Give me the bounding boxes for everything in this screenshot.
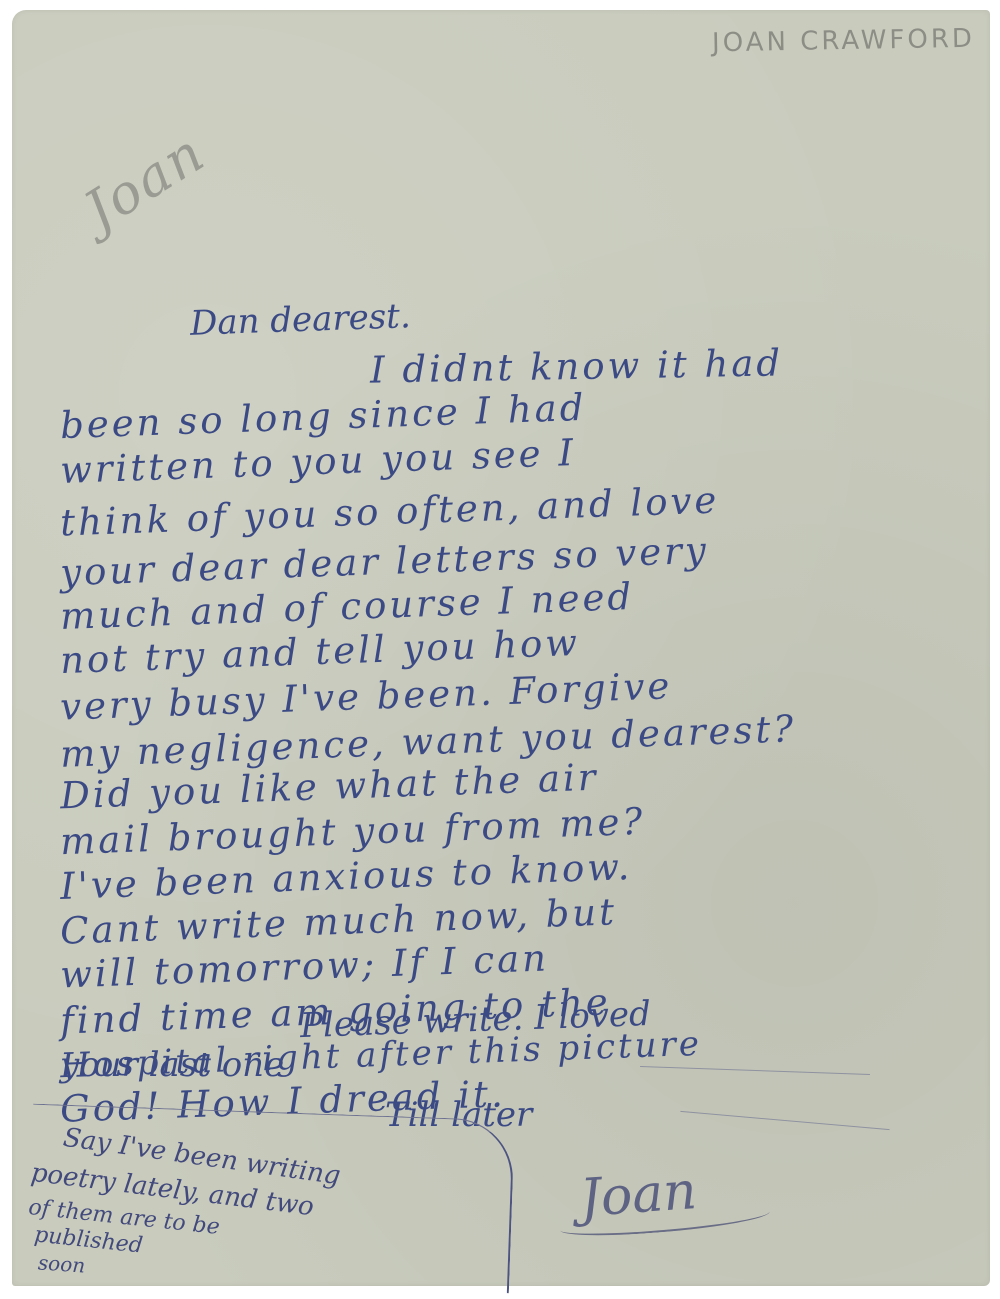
closing-line: your last one (60, 1045, 284, 1085)
body-line: I didnt know it had (370, 341, 784, 391)
archive-label: JOAN CRAWFORD (712, 24, 975, 59)
salutation: Dan dearest. (189, 296, 411, 344)
postscript-line: soon (37, 1250, 86, 1277)
